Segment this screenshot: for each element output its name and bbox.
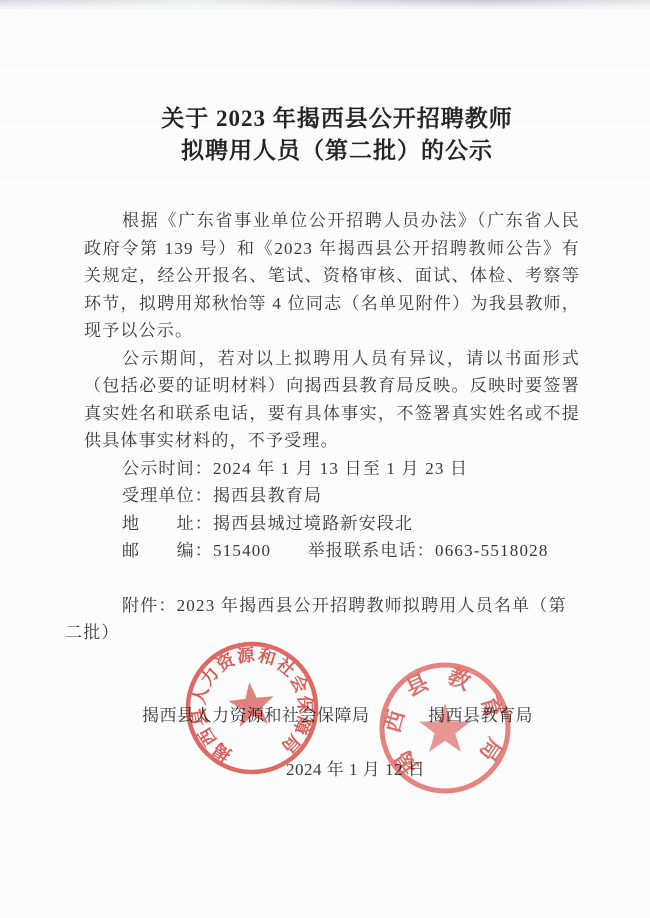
scanned-announcement-page: { "page": { "background_color": "#fcfcfd… <box>0 0 650 918</box>
info-line-address: 地 址：揭西县城过境路新安段北 <box>84 510 580 538</box>
official-seal-education-bureau: 揭西县教育局 <box>370 653 520 803</box>
document-date: 2024 年 1 月 12 日 <box>286 755 425 780</box>
document-title: 关于 2023 年揭西县公开招聘教师 拟聘用人员（第二批）的公示 <box>12 103 650 167</box>
document-body: 根据《广东省事业单位公开招聘人员办法》（广东省人民政府令第 139 号）和《20… <box>84 207 580 647</box>
signature-education-bureau: 揭西县教育局 <box>428 701 533 726</box>
document-title-line1: 关于 2023 年揭西县公开招聘教师 <box>12 103 650 135</box>
info-line-publicity-period: 公示时间：2024 年 1 月 13 日至 1 月 23 日 <box>84 455 580 483</box>
document-title-line2: 拟聘用人员（第二批）的公示 <box>12 135 650 167</box>
info-line-postcode-phone: 邮 编：515400 举报联系电话：0663-5518028 <box>84 537 580 565</box>
info-line-accepting-unit: 受理单位：揭西县教育局 <box>84 482 580 510</box>
body-paragraph-1: 根据《广东省事业单位公开招聘人员办法》（广东省人民政府令第 139 号）和《20… <box>84 207 580 345</box>
scan-artifact-band <box>0 0 650 10</box>
body-paragraph-2: 公示期间，若对以上拟聘用人员有异议，请以书面形式（包括必要的证明材料）向揭西县教… <box>84 345 580 455</box>
signature-hr-bureau: 揭西县人力资源和社会保障局 <box>142 701 370 726</box>
attachment-line: 附件：2023 年揭西县公开招聘教师拟聘用人员名单（第二批） <box>65 592 580 647</box>
